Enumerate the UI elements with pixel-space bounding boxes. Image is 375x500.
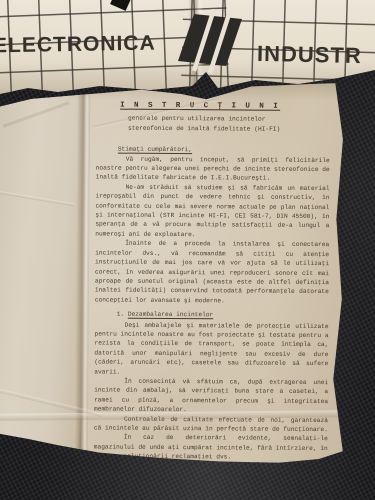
paragraph: În consecinţă vă sfătuim ca, după extrag… <box>94 376 328 415</box>
instruction-leaflet: I N S T R U C Ţ I U N I generale pentru … <box>0 77 355 468</box>
paragraph: Controalele de calitate efectuate de noi… <box>94 414 328 434</box>
doc-title: I N S T R U C Ţ I U N I <box>96 101 304 112</box>
section-title: Dezambalarea incintelor <box>128 311 213 319</box>
paragraph: Deşi ambalajele şi materialele de protec… <box>94 320 328 378</box>
electronica-banner: ELECTRONICA INDUSTR <box>0 0 375 95</box>
section-heading: 1. Dezambalarea incintelor <box>117 310 329 321</box>
blank-page <box>0 77 83 466</box>
section-number: 1. <box>117 311 124 318</box>
paragraph: Ne-am străduit să studiem şi să fabricăm… <box>95 182 329 240</box>
electronica-logo-icon <box>170 9 252 77</box>
text-page: I N S T R U C Ţ I U N I generale pentru … <box>88 77 343 467</box>
photo-scene: ELECTRONICA INDUSTR I N S T R U C Ţ I U … <box>0 0 375 500</box>
doc-subtitle-line2: stereofonice de înaltă fidelitate (HI-FI… <box>128 124 330 135</box>
typed-text-block: I N S T R U C Ţ I U N I generale pentru … <box>88 77 343 481</box>
banner-text-industria: INDUSTR <box>257 41 362 69</box>
banner-text-electronica: ELECTRONICA <box>0 32 156 59</box>
paragraph: Înainte de a proceda la instalarea şi co… <box>95 239 329 306</box>
paragraph: Vă rugăm, pentru început, să primiţi fel… <box>96 154 330 184</box>
